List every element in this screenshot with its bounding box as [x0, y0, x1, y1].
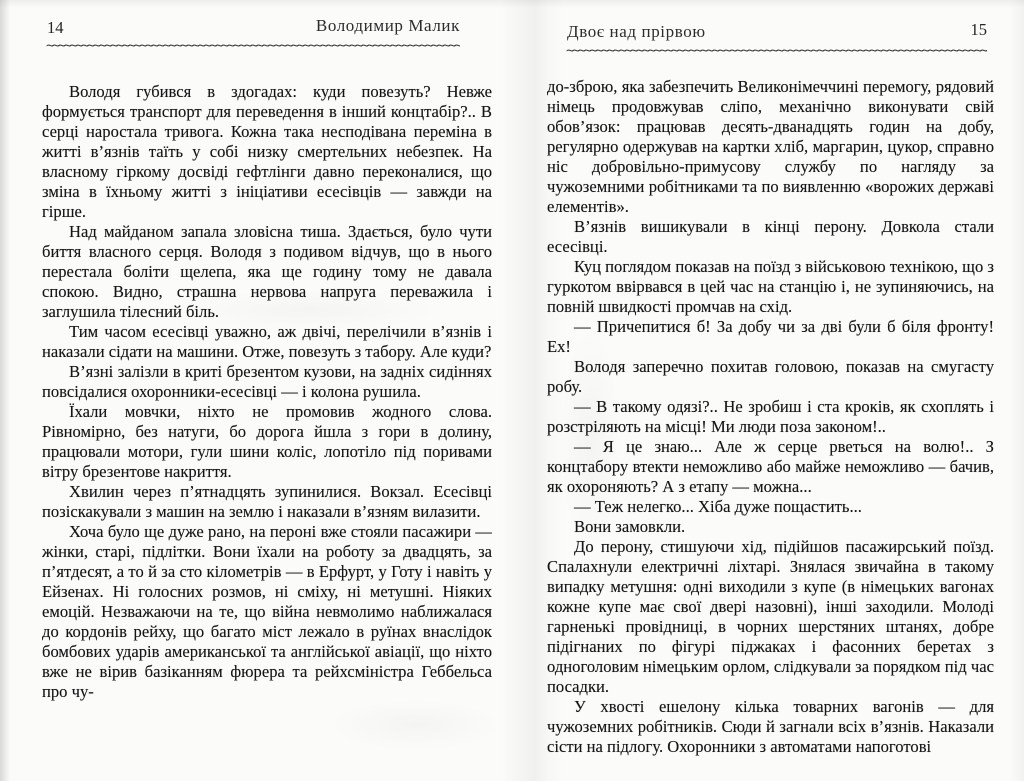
- paragraph: Хоча було ще дуже рано, на пероні вже ст…: [42, 522, 492, 702]
- paragraph: Володя заперечно похитав головою, показа…: [547, 357, 994, 397]
- paragraph-dialogue: — Я це знаю... Але ж серце рветься на во…: [547, 437, 994, 497]
- book-scan: { "meta": { "kind": "scanned book spread…: [0, 0, 1024, 781]
- right-page-text: до-зброю, яка забезпечить Великонімеччин…: [547, 77, 994, 779]
- paragraph: Над майданом запала зловісна тиша. Здаєт…: [42, 222, 492, 322]
- paragraph: У хвості ешелону кілька товарних вагонів…: [547, 697, 994, 757]
- paragraph-dialogue: — Теж нелегко... Хіба дуже пощастить...: [547, 497, 994, 517]
- right-page-number: 15: [567, 20, 987, 40]
- left-wavy-rule: [46, 41, 460, 54]
- paragraph-dialogue: — Причепитися б! За добу чи за дві були …: [547, 317, 994, 357]
- left-page-text: Володя губився в здогадах: куди повезуть…: [42, 82, 492, 779]
- paragraph: Куц поглядом показав на поїзд з військов…: [547, 257, 994, 317]
- paragraph: Їхали мовчки, ніхто не промовив жодного …: [42, 402, 492, 482]
- paragraph-dialogue: — В такому одязі?.. Не зробиш і ста крок…: [547, 397, 994, 437]
- paragraph: До перону, стишуючи хід, підійшов пасажи…: [547, 537, 994, 697]
- scan-edge-right: [1010, 0, 1024, 781]
- right-wavy-rule: [566, 46, 987, 59]
- paragraph: Володя губився в здогадах: куди повезуть…: [42, 82, 492, 222]
- paragraph: В’язні залізли в криті брезентом кузови,…: [42, 362, 492, 402]
- left-running-header: Володимир Малик: [47, 16, 460, 36]
- scan-edge-left: [0, 0, 10, 781]
- paragraph: В’язнів вишикували в кінці перону. Довко…: [547, 217, 994, 257]
- paragraph: Тим часом есесівці уважно, аж двічі, пер…: [42, 322, 492, 362]
- paragraph: Вони замовкли.: [547, 517, 994, 537]
- paragraph: Хвилин через п’ятнадцять зупинилися. Вок…: [42, 482, 492, 522]
- paragraph-continuation: до-зброю, яка забезпечить Великонімеччин…: [547, 77, 994, 217]
